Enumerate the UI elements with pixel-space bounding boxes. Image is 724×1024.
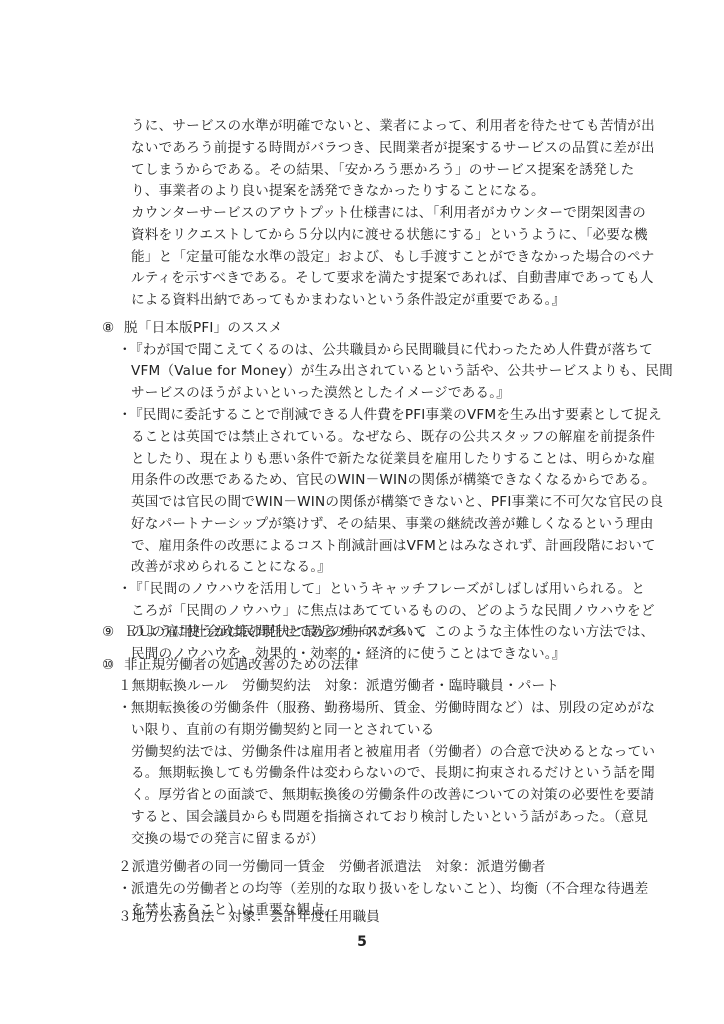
text-line: 派遣先の労働者との均等（差別的な取り扱いをしないこと）、均衡（不合理な待遇差 xyxy=(131,879,648,900)
text-line: り、事業者のより良い提案を誘発できなかったりすることになる。 xyxy=(131,181,545,202)
text-line: 労働契約法では、労働条件は雇用者と被雇用者（労働者）の合意で決めるとなってい xyxy=(131,742,655,763)
section-number: ⑨ xyxy=(102,622,114,643)
text-line: 用条件の改悪であるため、官民のWIN－WINの関係が構築できなくなるからである。 xyxy=(131,470,656,491)
text-line: カウンターサービスのアウトプット仕様書には、「利用者がカウンターで閉架図書の xyxy=(131,203,646,224)
bullet-marker: ・ xyxy=(118,879,132,900)
text-line: ルティを示すべきである。そして要求を満たす提案であれば、自動書庫であっても人 xyxy=(131,268,654,289)
text-line: で、雇用条件の改悪によるコスト削減計画はVFMとはみなされず、計画段階において xyxy=(131,536,656,557)
section-number: ⑧ xyxy=(102,318,114,339)
subsection-heading: １無期転換ルール 労働契約法 対象：派遣労働者・臨時職員・パート xyxy=(118,676,559,697)
text-line: 能」と「定量可能な水準の設定」および、もし手渡すことができなかった場合のペナ xyxy=(131,247,655,268)
document-page: うに、サービスの水準が明確でないと、業者によって、利用者を待たせても苦情が出 な… xyxy=(0,0,724,1024)
section-number: ⑩ xyxy=(102,655,114,676)
section-title: ＥＵの雇用社会政策の現状と最近の動向について xyxy=(124,622,427,643)
text-line: てしまうからである。その結果、「安かろう悪かろう」のサービス提案を誘発した xyxy=(131,160,634,181)
text-line: 資料をリクエストしてから５分以内に渡せる状態にする」というように、「必要な機 xyxy=(131,225,648,246)
text-line: い限り、直前の有期労働契約と同一とされている xyxy=(131,720,434,741)
text-line: く。厚労省との面談で、無期転換後の労働条件の改善についての対策の必要性を要請 xyxy=(131,785,654,806)
text-line: 好なパートナーシップが築けず、その結果、事業の継続改善が難しくなるという理由 xyxy=(131,514,654,535)
page-number: 5 xyxy=(0,934,724,950)
text-line: る。無期転換しても労働条件は変わらないので、長期に拘束されるだけという話を聞 xyxy=(131,763,655,784)
text-line: 改善が求められることになる。』 xyxy=(131,557,331,578)
text-line: 交換の場での発言に留まるが） xyxy=(131,829,324,850)
text-line: ることは英国では禁止されている。なぜなら、既存の公共スタッフの解雇を前提条件 xyxy=(131,427,655,448)
text-line: としたり、現在よりも悪い条件で新たな従業員を雇用したりすることは、明らかな雇 xyxy=(131,449,655,470)
section-title: 脱「日本版PFI」のススメ xyxy=(124,318,283,339)
section-title: 非正規労働者の処遇改善のための法律 xyxy=(124,655,359,676)
text-line: 英国では官民の間でWIN－WINの関係が構築できないと、PFI事業に不可欠な官民… xyxy=(131,492,663,513)
text-line: 『「民間のノウハウを活用して」というキャッチフレーズがしばしば用いられる。と xyxy=(129,579,645,600)
text-line: による資料出納であってもかまわないという条件設定が重要である。』 xyxy=(131,290,565,311)
text-line: ないであろう前提する時間がバラつき、民間業者が提案するサービスの品質に差が出 xyxy=(131,138,655,159)
text-line: すると、国会議員からも問題を指摘されており検討したいという話があった。（意見 xyxy=(131,807,648,828)
text-line: 『わが国で聞こえてくるのは、公共職員から民間職員に代わったため人件費が落ちて xyxy=(129,340,653,361)
text-line: うに、サービスの水準が明確でないと、業者によって、利用者を待たせても苦情が出 xyxy=(131,116,655,137)
subsection-heading: ３地方公務員法 対象：会計年度任用職員 xyxy=(118,907,380,928)
text-line: VFM（Value for Money）が生み出されているという話や、公共サービ… xyxy=(131,361,673,382)
bullet-marker: ・ xyxy=(118,698,132,719)
text-line: サービスのほうがよいといった漠然としたイメージである。』 xyxy=(131,383,510,404)
text-line: 無期転換後の労働条件（服務、勤務場所、賃金、労働時間など）は、別段の定めがな xyxy=(131,698,655,719)
text-line: ころが「民間のノウハウ」に焦点はあてているものの、どのような民間ノウハウをど xyxy=(131,601,655,622)
subsection-heading: ２派遣労働者の同一労働同一賃金 労働者派遣法 対象：派遣労働者 xyxy=(118,857,546,878)
text-line: 『民間に委託することで削減できる人件費をPFI事業のVFMを生み出す要素として捉… xyxy=(129,405,662,426)
